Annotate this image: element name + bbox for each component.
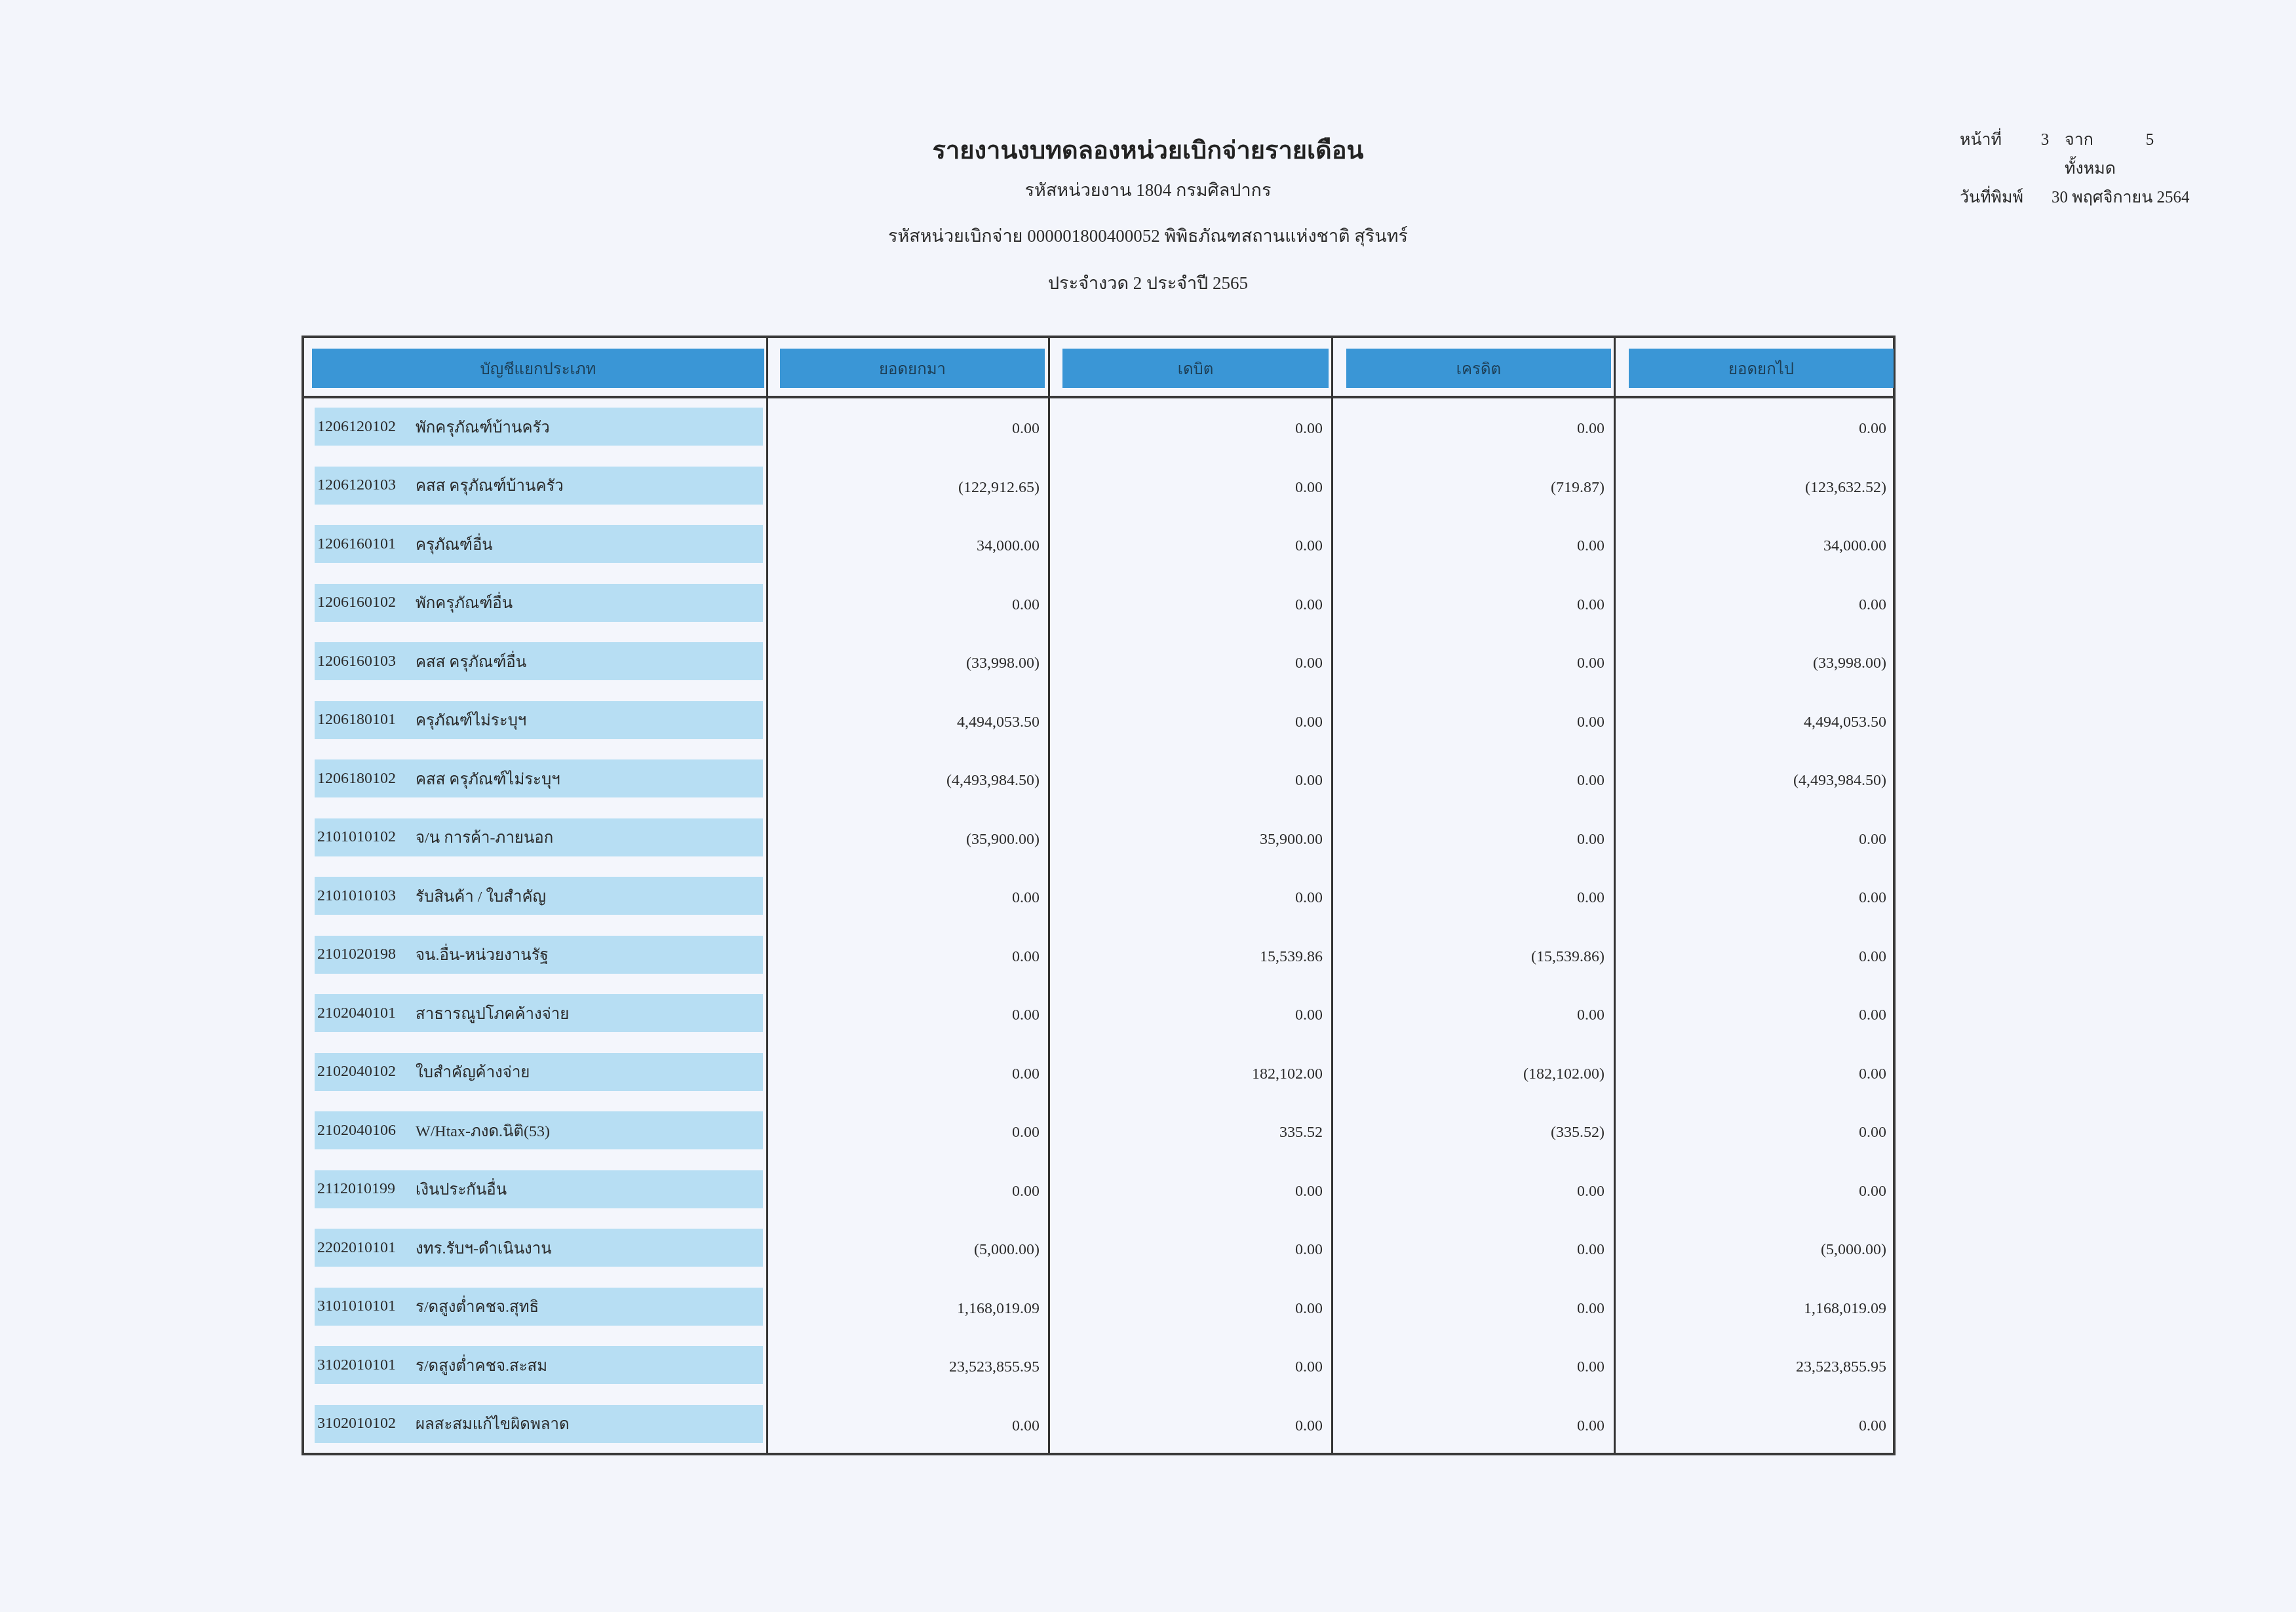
cell-carried-forward: (123,632.52) <box>1637 474 1886 501</box>
table-header: บัญชีแยกประเภท ยอดยกมา เดบิต เครดิต ยอดย… <box>304 338 1893 398</box>
account-name: คสส ครุภัณฑ์บ้านครัว <box>416 472 564 498</box>
cell-debit: 0.00 <box>1074 1354 1323 1380</box>
account-code: 2102040101 <box>315 1005 416 1022</box>
page-meta: หน้าที่ 3 จากทั้งหมด 5 วันที่พิมพ์ 30 พฤ… <box>1960 126 2190 212</box>
cell-credit: (719.87) <box>1355 474 1605 501</box>
cell-brought-forward: 0.00 <box>790 1002 1040 1028</box>
report-title: รายงานงบทดลองหน่วยเบิกจ่ายรายเดือน <box>0 130 2296 170</box>
cell-debit: 0.00 <box>1074 767 1323 794</box>
cell-debit: 0.00 <box>1074 1295 1323 1322</box>
cell-debit: 182,102.00 <box>1074 1061 1323 1087</box>
cell-brought-forward: 0.00 <box>790 415 1040 442</box>
account-name: จ/น การค้า-ภายนอก <box>416 824 553 850</box>
cell-brought-forward: 0.00 <box>790 885 1040 911</box>
cell-credit: 0.00 <box>1355 1178 1605 1204</box>
account-name: คสส ครุภัณฑ์ไม่ระบุฯ <box>416 766 560 792</box>
agency-line: รหัสหน่วยงาน 1804 กรมศิลปากร <box>0 176 2296 204</box>
cell-account: 1206160102พักครุภัณฑ์อื่น <box>315 584 763 622</box>
cell-credit: 0.00 <box>1355 826 1605 853</box>
cell-credit: 0.00 <box>1355 1237 1605 1263</box>
account-code: 2101020198 <box>315 946 416 963</box>
table-row: 1206160103คสส ครุภัณฑ์อื่น(33,998.00)0.0… <box>304 633 1893 692</box>
account-name: งทร.รับฯ-ดำเนินงาน <box>416 1235 552 1261</box>
cell-brought-forward: 34,000.00 <box>790 533 1040 559</box>
account-name: ร/ดสูงต่ำคชจ.สุทธิ <box>416 1294 539 1319</box>
cell-debit: 0.00 <box>1074 415 1323 442</box>
account-name: พักครุภัณฑ์บ้านครัว <box>416 414 550 440</box>
account-code: 1206160103 <box>315 653 416 670</box>
cell-brought-forward: 4,494,053.50 <box>790 709 1040 735</box>
account-name: ครุภัณฑ์อื่น <box>416 531 493 557</box>
table-row: 2202010101งทร.รับฯ-ดำเนินงาน(5,000.00)0.… <box>304 1219 1893 1278</box>
cell-credit: 0.00 <box>1355 592 1605 618</box>
cell-credit: 0.00 <box>1355 1413 1605 1439</box>
cell-account: 2101020198จน.อื่น-หน่วยงานรัฐ <box>315 936 763 974</box>
account-code: 3102010101 <box>315 1356 416 1374</box>
table-row: 2102040102ใบสำคัญค้างจ่าย0.00182,102.00(… <box>304 1044 1893 1103</box>
account-name: คสส ครุภัณฑ์อื่น <box>416 649 526 674</box>
cell-carried-forward: 0.00 <box>1637 1119 1886 1145</box>
cell-account: 2101010103รับสินค้า / ใบสำคัญ <box>315 877 763 915</box>
cell-brought-forward: (33,998.00) <box>790 650 1040 676</box>
total-pages: 5 <box>2137 126 2163 183</box>
cell-account: 2101010102จ/น การค้า-ภายนอก <box>315 818 763 856</box>
account-code: 2202010101 <box>315 1239 416 1257</box>
cell-account: 1206180101ครุภัณฑ์ไม่ระบุฯ <box>315 701 763 739</box>
cell-debit: 0.00 <box>1074 1002 1323 1028</box>
cell-brought-forward: 0.00 <box>790 592 1040 618</box>
cell-credit: (335.52) <box>1355 1119 1605 1145</box>
account-code: 1206180102 <box>315 770 416 788</box>
cell-account: 1206120103คสส ครุภัณฑ์บ้านครัว <box>315 467 763 505</box>
cell-credit: (182,102.00) <box>1355 1061 1605 1087</box>
cell-brought-forward: (4,493,984.50) <box>790 767 1040 794</box>
account-name: เงินประกันอื่น <box>416 1176 507 1202</box>
column-header-carried-forward: ยอดยกไป <box>1629 349 1894 388</box>
cell-debit: 0.00 <box>1074 474 1323 501</box>
table-row: 1206180102คสส ครุภัณฑ์ไม่ระบุฯ(4,493,984… <box>304 750 1893 809</box>
cell-brought-forward: (5,000.00) <box>790 1237 1040 1263</box>
table-row: 1206120102พักครุภัณฑ์บ้านครัว0.000.000.0… <box>304 398 1893 457</box>
account-code: 3102010102 <box>315 1415 416 1432</box>
account-code: 2101010102 <box>315 828 416 846</box>
cell-brought-forward: 0.00 <box>790 944 1040 970</box>
cell-credit: 0.00 <box>1355 1002 1605 1028</box>
cell-debit: 15,539.86 <box>1074 944 1323 970</box>
cell-carried-forward: (33,998.00) <box>1637 650 1886 676</box>
cell-carried-forward: 34,000.00 <box>1637 533 1886 559</box>
cell-credit: 0.00 <box>1355 1354 1605 1380</box>
table-row: 2101010103รับสินค้า / ใบสำคัญ0.000.000.0… <box>304 868 1893 927</box>
page-label: หน้าที่ <box>1960 126 2025 183</box>
cell-debit: 35,900.00 <box>1074 826 1323 853</box>
cell-carried-forward: 0.00 <box>1637 1178 1886 1204</box>
cell-brought-forward: 1,168,019.09 <box>790 1295 1040 1322</box>
table-row: 2102040101สาธารณูปโภคค้างจ่าย0.000.000.0… <box>304 985 1893 1044</box>
cell-carried-forward: 0.00 <box>1637 1002 1886 1028</box>
cell-debit: 0.00 <box>1074 1178 1323 1204</box>
cell-carried-forward: (5,000.00) <box>1637 1237 1886 1263</box>
cell-account: 1206180102คสส ครุภัณฑ์ไม่ระบุฯ <box>315 759 763 797</box>
table-row: 3102010102ผลสะสมแก้ไขผิดพลาด0.000.000.00… <box>304 1396 1893 1455</box>
cell-carried-forward: 23,523,855.95 <box>1637 1354 1886 1380</box>
cell-debit: 0.00 <box>1074 1237 1323 1263</box>
cell-credit: 0.00 <box>1355 885 1605 911</box>
cell-account: 3101010101ร/ดสูงต่ำคชจ.สุทธิ <box>315 1288 763 1326</box>
cell-brought-forward: 0.00 <box>790 1413 1040 1439</box>
trial-balance-table: บัญชีแยกประเภท ยอดยกมา เดบิต เครดิต ยอดย… <box>302 336 1896 1455</box>
column-header-debit: เดบิต <box>1062 349 1329 388</box>
cell-debit: 0.00 <box>1074 592 1323 618</box>
cell-carried-forward: 1,168,019.09 <box>1637 1295 1886 1322</box>
account-name: ร/ดสูงต่ำคชจ.สะสม <box>416 1353 547 1378</box>
account-code: 2101010103 <box>315 887 416 905</box>
print-date-label: วันที่พิมพ์ <box>1960 183 2052 212</box>
account-code: 2102040106 <box>315 1122 416 1140</box>
cell-carried-forward: 0.00 <box>1637 415 1886 442</box>
cell-carried-forward: 0.00 <box>1637 1061 1886 1087</box>
account-code: 2112010199 <box>315 1180 416 1198</box>
account-name: ผลสะสมแก้ไขผิดพลาด <box>416 1411 570 1436</box>
cell-credit: 0.00 <box>1355 533 1605 559</box>
account-code: 1206180101 <box>315 711 416 729</box>
column-header-credit: เครดิต <box>1346 349 1611 388</box>
column-header-brought-forward: ยอดยกมา <box>780 349 1045 388</box>
period-line: ประจำงวด 2 ประจำปี 2565 <box>0 269 2296 297</box>
cell-carried-forward: 4,494,053.50 <box>1637 709 1886 735</box>
account-code: 2102040102 <box>315 1063 416 1081</box>
cell-credit: 0.00 <box>1355 709 1605 735</box>
cell-account: 2102040102ใบสำคัญค้างจ่าย <box>315 1053 763 1091</box>
account-name: W/Htax-ภงด.นิติ(53) <box>416 1118 550 1143</box>
total-pages-label: จากทั้งหมด <box>2065 126 2137 183</box>
account-code: 1206120102 <box>315 418 416 436</box>
cell-debit: 0.00 <box>1074 533 1323 559</box>
print-date: 30 พฤศจิกายน 2564 <box>2052 183 2190 212</box>
cell-credit: 0.00 <box>1355 650 1605 676</box>
cell-account: 1206160101ครุภัณฑ์อื่น <box>315 525 763 563</box>
account-name: จน.อื่น-หน่วยงานรัฐ <box>416 942 549 967</box>
table-row: 2101010102จ/น การค้า-ภายนอก(35,900.00)35… <box>304 809 1893 868</box>
table-row: 3101010101ร/ดสูงต่ำคชจ.สุทธิ1,168,019.09… <box>304 1278 1893 1337</box>
cell-debit: 0.00 <box>1074 1413 1323 1439</box>
cell-account: 3102010101ร/ดสูงต่ำคชจ.สะสม <box>315 1346 763 1384</box>
cell-account: 2112010199เงินประกันอื่น <box>315 1170 763 1208</box>
cell-account: 1206120102พักครุภัณฑ์บ้านครัว <box>315 408 763 446</box>
account-name: ใบสำคัญค้างจ่าย <box>416 1059 530 1084</box>
cell-carried-forward: (4,493,984.50) <box>1637 767 1886 794</box>
cell-debit: 0.00 <box>1074 709 1323 735</box>
cell-credit: 0.00 <box>1355 767 1605 794</box>
cell-account: 2102040101สาธารณูปโภคค้างจ่าย <box>315 994 763 1032</box>
cell-account: 3102010102ผลสะสมแก้ไขผิดพลาด <box>315 1405 763 1443</box>
cell-account: 2102040106W/Htax-ภงด.นิติ(53) <box>315 1111 763 1149</box>
cell-brought-forward: 0.00 <box>790 1119 1040 1145</box>
account-code: 1206120103 <box>315 476 416 494</box>
table-row: 2102040106W/Htax-ภงด.นิติ(53)0.00335.52(… <box>304 1102 1893 1161</box>
account-name: สาธารณูปโภคค้างจ่าย <box>416 1001 569 1026</box>
table-row: 1206120103คสส ครุภัณฑ์บ้านครัว(122,912.6… <box>304 457 1893 516</box>
cell-debit: 335.52 <box>1074 1119 1323 1145</box>
page-number: 3 <box>2025 126 2065 183</box>
cell-brought-forward: 23,523,855.95 <box>790 1354 1040 1380</box>
cell-carried-forward: 0.00 <box>1637 826 1886 853</box>
column-header-account: บัญชีแยกประเภท <box>312 349 764 388</box>
account-code: 1206160101 <box>315 535 416 553</box>
account-name: พักครุภัณฑ์อื่น <box>416 590 513 615</box>
cell-brought-forward: 0.00 <box>790 1061 1040 1087</box>
cell-brought-forward: (122,912.65) <box>790 474 1040 501</box>
cell-credit: 0.00 <box>1355 415 1605 442</box>
cell-credit: (15,539.86) <box>1355 944 1605 970</box>
cell-debit: 0.00 <box>1074 885 1323 911</box>
cell-account: 2202010101งทร.รับฯ-ดำเนินงาน <box>315 1229 763 1267</box>
account-name: รับสินค้า / ใบสำคัญ <box>416 883 546 909</box>
table-row: 1206160101ครุภัณฑ์อื่น34,000.000.000.003… <box>304 516 1893 575</box>
cell-carried-forward: 0.00 <box>1637 592 1886 618</box>
table-row: 1206180101ครุภัณฑ์ไม่ระบุฯ4,494,053.500.… <box>304 692 1893 751</box>
cell-carried-forward: 0.00 <box>1637 885 1886 911</box>
disbursing-unit-line: รหัสหน่วยเบิกจ่าย 000001800400052 พิพิธภ… <box>0 221 2296 250</box>
cell-debit: 0.00 <box>1074 650 1323 676</box>
table-row: 3102010101ร/ดสูงต่ำคชจ.สะสม23,523,855.95… <box>304 1337 1893 1396</box>
account-code: 1206160102 <box>315 594 416 611</box>
table-row: 2112010199เงินประกันอื่น0.000.000.000.00 <box>304 1161 1893 1220</box>
account-name: ครุภัณฑ์ไม่ระบุฯ <box>416 707 526 733</box>
table-row: 2101020198จน.อื่น-หน่วยงานรัฐ0.0015,539.… <box>304 927 1893 986</box>
table-row: 1206160102พักครุภัณฑ์อื่น0.000.000.000.0… <box>304 575 1893 634</box>
account-code: 3101010101 <box>315 1297 416 1315</box>
cell-account: 1206160103คสส ครุภัณฑ์อื่น <box>315 642 763 680</box>
cell-credit: 0.00 <box>1355 1295 1605 1322</box>
cell-carried-forward: 0.00 <box>1637 1413 1886 1439</box>
cell-brought-forward: (35,900.00) <box>790 826 1040 853</box>
cell-brought-forward: 0.00 <box>790 1178 1040 1204</box>
cell-carried-forward: 0.00 <box>1637 944 1886 970</box>
